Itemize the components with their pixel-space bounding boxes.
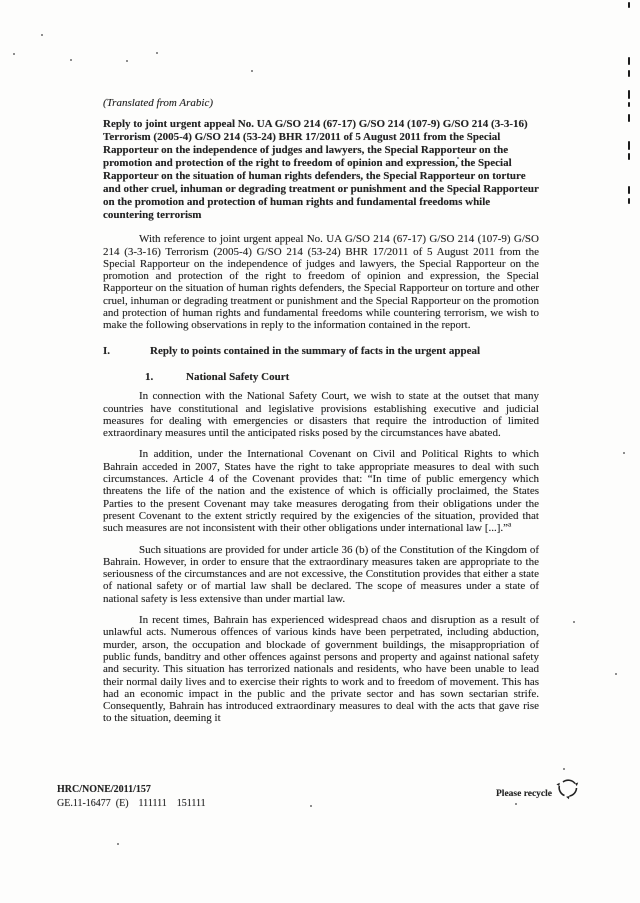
scan-artifact-dash [628,70,630,77]
scan-speck [156,52,158,54]
body-paragraph: In recent times, Bahrain has experienced… [103,614,539,725]
scan-artifact-dash [628,2,630,8]
scan-speck [41,34,43,36]
scan-speck [126,60,128,62]
section-title: Reply to points contained in the summary… [150,345,480,357]
section-heading: I. Reply to points contained in the summ… [103,345,539,357]
scanned-document-page: (Translated from Arabic) Reply to joint … [0,0,640,903]
scan-speck [573,621,575,623]
scan-speck [515,803,517,805]
scan-speck [310,805,312,807]
body-paragraph: In addition, under the International Cov… [103,448,539,534]
recycle-label: Please recycle [496,789,552,799]
subsection-number: 1. [145,371,186,383]
scan-artifact-dash [628,141,630,150]
scan-artifact-dash [628,102,630,107]
document-body: (Translated from Arabic) Reply to joint … [103,97,539,734]
footer-block: HRC/NONE/2011/157 GE.11-16477 (E) 111111… [57,783,206,811]
ge-distribution-line: GE.11-16477 (E) 111111 151111 [57,797,206,811]
recycle-icon [555,776,581,803]
intro-paragraph: With reference to joint urgent appeal No… [103,233,539,331]
scan-speck [70,59,72,61]
subsection-title: National Safety Court [186,371,289,383]
scan-artifact-dash [628,198,630,204]
section-number: I. [103,345,150,357]
scan-artifact-dash [628,153,630,160]
scan-artifact-dash [628,90,630,99]
scan-speck [623,452,625,454]
translated-note: (Translated from Arabic) [103,97,539,109]
document-title: Reply to joint urgent appeal No. UA G/SO… [103,118,539,222]
paragraph-text: In addition, under the International Cov… [103,448,539,534]
scan-speck [615,673,617,675]
body-paragraph: In connection with the National Safety C… [103,390,539,439]
scan-speck [251,70,253,72]
scan-artifact-dash [628,114,630,122]
scan-speck [457,157,459,159]
scan-speck [563,768,565,770]
document-symbol: HRC/NONE/2011/157 [57,783,206,797]
scan-artifact-dash [628,57,630,65]
scan-speck [13,53,15,55]
scan-artifact-dash [628,186,630,194]
scan-speck [117,843,119,845]
footnote-marker: a [508,521,511,529]
recycle-note: Please recycle [496,776,581,803]
body-paragraph: Such situations are provided for under a… [103,544,539,605]
subsection-heading: 1. National Safety Court [103,371,539,383]
